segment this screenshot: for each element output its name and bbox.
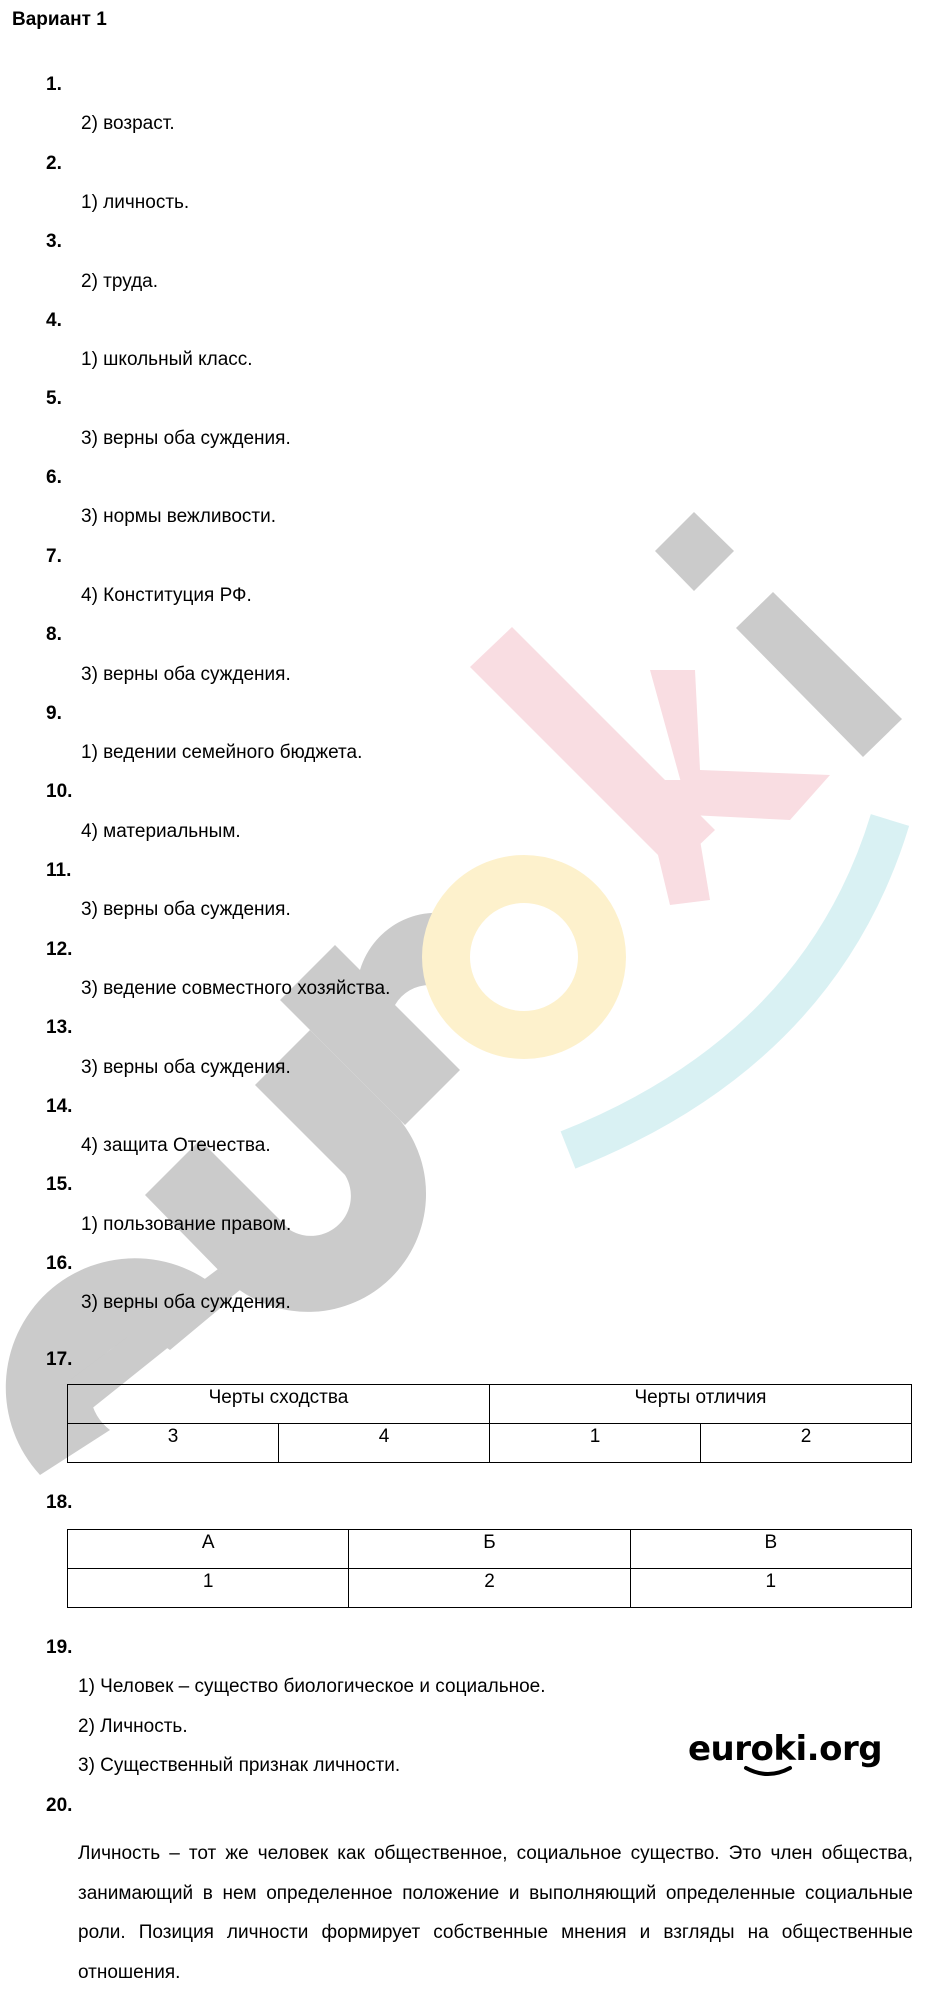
table-cell: 1 — [68, 1569, 349, 1608]
table-row: А Б В — [68, 1530, 912, 1569]
question-number-18: 18. — [46, 1491, 72, 1515]
question-answer: 2) возраст. — [81, 112, 175, 136]
table-cell: 4 — [279, 1424, 490, 1463]
logo-text-pre: eur — [688, 1729, 751, 1769]
question-answer: 1) школьный класс. — [81, 348, 253, 372]
question-answer: 3) верны оба суждения. — [81, 1056, 291, 1080]
question-answer: 1) пользование правом. — [81, 1213, 291, 1237]
question-answer: 1) ведении семейного бюджета. — [81, 741, 362, 765]
table-cell: 1 — [490, 1424, 701, 1463]
question-number: 3. — [46, 230, 62, 254]
table-header: В — [630, 1530, 911, 1569]
question-number: 14. — [46, 1095, 72, 1119]
table-cell: 2 — [349, 1569, 630, 1608]
question-number: 8. — [46, 623, 62, 647]
question-number: 11. — [46, 859, 71, 883]
question-number: 10. — [46, 780, 72, 804]
question-answer: 3) верны оба суждения. — [81, 427, 291, 451]
page-title: Вариант 1 — [12, 8, 107, 32]
question-number: 7. — [46, 545, 62, 569]
svg-text:euroki.org: euroki.org — [688, 1729, 882, 1769]
table-row: 3 4 1 2 — [68, 1424, 912, 1463]
question-number: 12. — [46, 938, 72, 962]
question-answer: 3) ведение совместного хозяйства. — [81, 977, 390, 1001]
table-row: 1 2 1 — [68, 1569, 912, 1608]
table-cell: 1 — [630, 1569, 911, 1608]
question-number: 5. — [46, 387, 62, 411]
euroki-logo: euroki.org — [686, 1726, 882, 1782]
question-answer: 3) верны оба суждения. — [81, 898, 291, 922]
question-number: 13. — [46, 1016, 72, 1040]
answer-19-3: 3) Существенный признак личности. — [78, 1754, 400, 1778]
answer-19-2: 2) Личность. — [78, 1715, 188, 1739]
logo-text-post: i.org — [796, 1729, 882, 1769]
question-answer: 1) личность. — [81, 191, 189, 215]
question-answer: 3) верны оба суждения. — [81, 663, 291, 687]
table-header: Б — [349, 1530, 630, 1569]
table-header-differences: Черты отличия — [490, 1385, 912, 1424]
question-number: 9. — [46, 702, 62, 726]
question-answer: 4) материальным. — [81, 820, 241, 844]
table-q17: Черты сходства Черты отличия 3 4 1 2 — [67, 1384, 912, 1463]
question-answer: 2) труда. — [81, 270, 158, 294]
logo-text-ok: ok — [751, 1729, 798, 1769]
answer-19-1: 1) Человек – существо биологическое и со… — [78, 1675, 546, 1699]
question-answer: 3) верны оба суждения. — [81, 1291, 291, 1315]
table-header-similarities: Черты сходства — [68, 1385, 490, 1424]
question-number: 4. — [46, 309, 62, 333]
table-row: Черты сходства Черты отличия — [68, 1385, 912, 1424]
question-answer: 4) Конституция РФ. — [81, 584, 252, 608]
question-number-19: 19. — [46, 1636, 72, 1660]
question-number-17: 17. — [46, 1348, 72, 1372]
question-answer: 3) нормы вежливости. — [81, 505, 276, 529]
question-answer: 4) защита Отечества. — [81, 1134, 271, 1158]
question-number-20: 20. — [46, 1794, 72, 1818]
table-cell: 2 — [701, 1424, 912, 1463]
answer-20-text: Личность – тот же человек как общественн… — [78, 1834, 913, 1992]
table-header: А — [68, 1530, 349, 1569]
table-q18: А Б В 1 2 1 — [67, 1529, 912, 1608]
question-number: 1. — [46, 73, 62, 97]
question-number: 2. — [46, 152, 62, 176]
table-cell: 3 — [68, 1424, 279, 1463]
answer-sheet: Вариант 1 1.2) возраст.2.1) личность.3.2… — [0, 0, 928, 1997]
question-number: 6. — [46, 466, 62, 490]
question-number: 16. — [46, 1252, 72, 1276]
question-number: 15. — [46, 1173, 72, 1197]
